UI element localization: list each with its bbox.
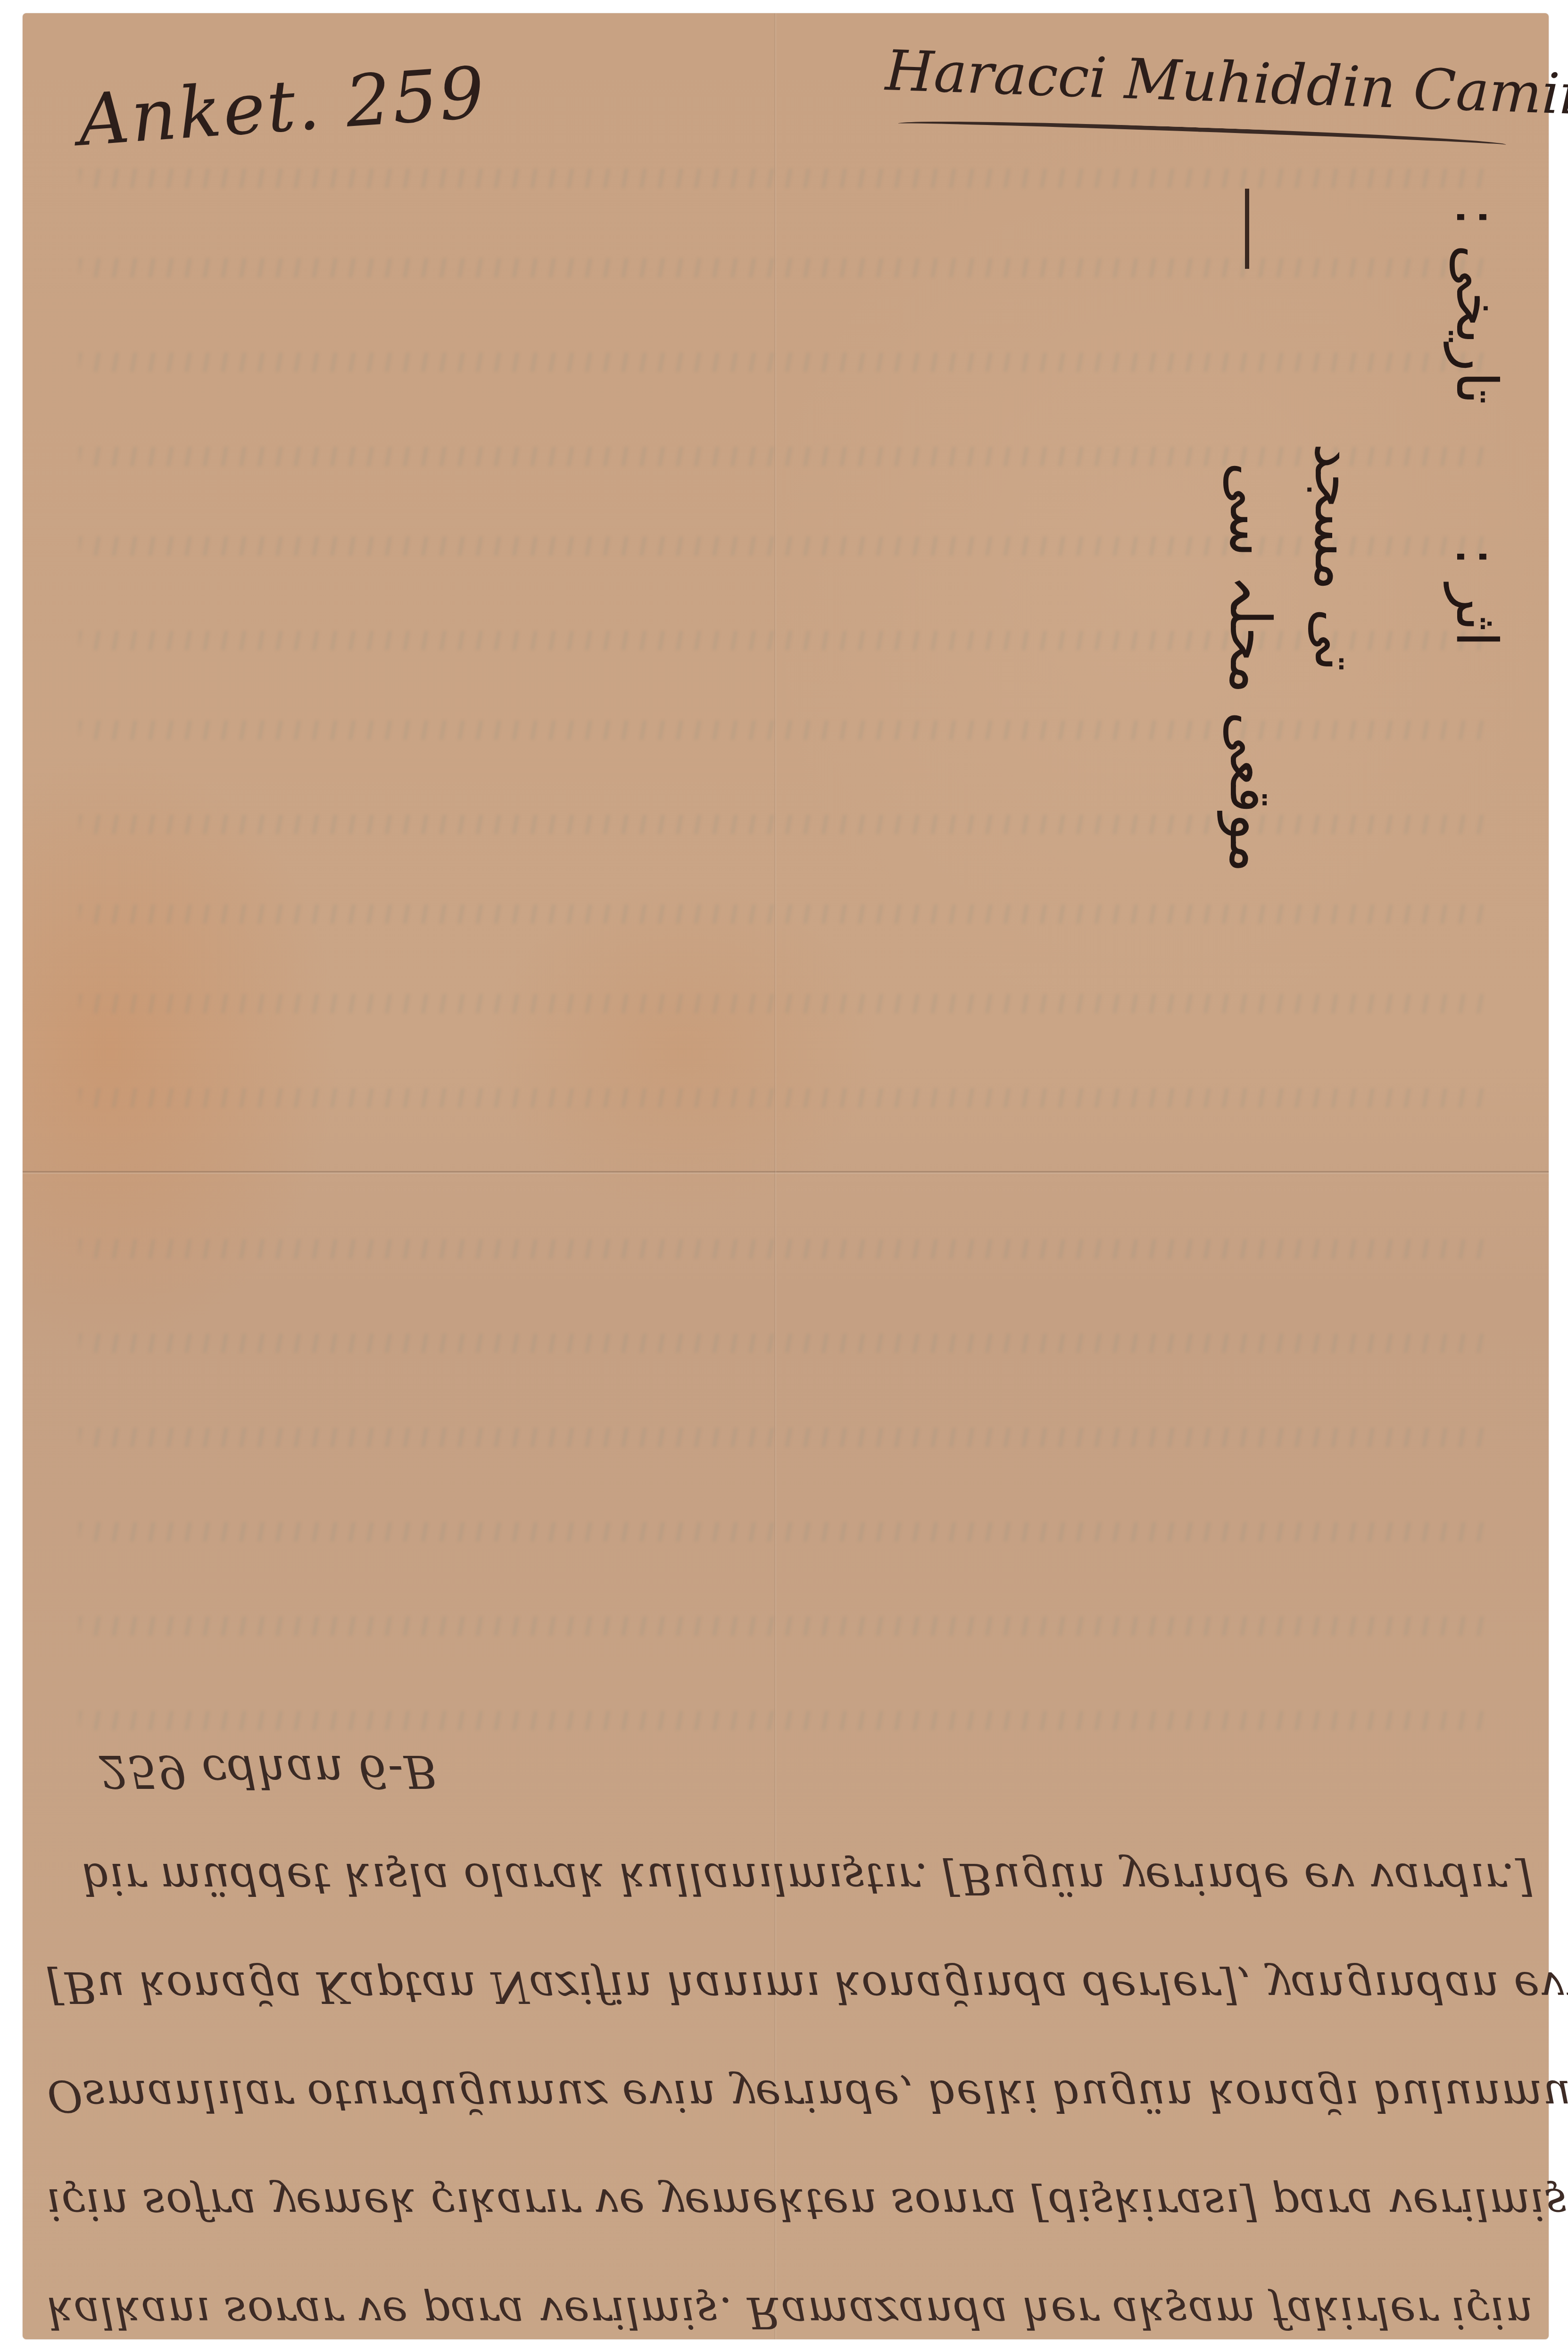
reverse-show-through [79, 353, 1492, 372]
note-line: kalkanı sorar ve para verilmiş. Ramazand… [47, 2287, 1533, 2338]
note-line: bir müddet kışla olarak kullanılmıştır. … [47, 1853, 1533, 1904]
horizontal-fold-crease [23, 1171, 1549, 1174]
ottoman-field-eser: اثر : [1444, 547, 1509, 647]
ottoman-field-mahalle: موقعی محلہ سی [1217, 462, 1283, 873]
reverse-show-through [79, 1617, 1492, 1636]
reverse-show-through [79, 994, 1492, 1013]
ottoman-field-mescid: تی مسجد [1302, 443, 1368, 671]
reverse-show-through [79, 1089, 1492, 1107]
reverse-show-through [79, 1711, 1492, 1730]
note-line: [Bu konağa Kaptan Nazifin hanımı konağın… [47, 1962, 1533, 2012]
reverse-show-through [79, 258, 1492, 277]
reverse-show-through [79, 1239, 1492, 1258]
note-reference: 259 cdhan 6-B [47, 1745, 1568, 1798]
reverse-show-through [79, 1334, 1492, 1353]
reverse-show-through [79, 1428, 1492, 1447]
reverse-show-through [79, 1522, 1492, 1541]
reverse-show-through [79, 169, 1492, 188]
note-line: için sofra yemek çıkarır ve yemekten son… [47, 2179, 1533, 2229]
reverse-show-through [79, 905, 1492, 923]
ottoman-dash-mark [1245, 189, 1249, 269]
ottoman-field-tarihi: تاریخی : [1444, 208, 1509, 404]
note-line: Osmanlılar oturduğumuz evin yerinde, bel… [47, 2070, 1533, 2121]
